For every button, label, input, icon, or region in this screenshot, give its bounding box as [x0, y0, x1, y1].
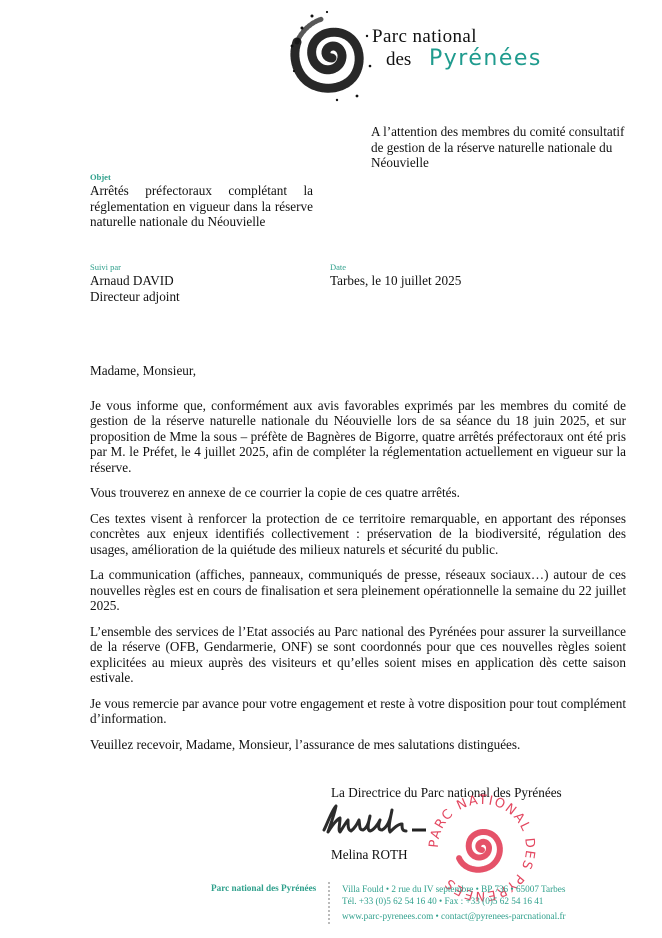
body-paragraph: Veuillez recevoir, Madame, Monsieur, l’a…	[90, 737, 626, 753]
footer-address-block: Villa Fould • 2 rue du IV septembre • BP…	[342, 883, 565, 907]
logo-title-line1: Parc national	[372, 26, 477, 48]
logo-title-brand: Pyrénées	[429, 46, 542, 71]
suivi-block: Arnaud DAVID Directeur adjoint	[90, 273, 180, 305]
logo-title-prefix: des	[386, 49, 411, 71]
body-paragraph: La communication (affiches, panneaux, co…	[90, 567, 626, 614]
signatory-name: Melina ROTH	[331, 847, 408, 863]
suivi-name: Arnaud DAVID	[90, 273, 180, 289]
handwritten-signature-icon	[318, 800, 428, 840]
footer-phone: Tél. +33 (0)5 62 54 16 40 • Fax : +33 (0…	[342, 895, 565, 907]
recipient-address: A l’attention des membres du comité cons…	[371, 124, 631, 171]
suivi-label: Suivi par	[90, 262, 121, 272]
objet-label: Objet	[90, 172, 111, 182]
body-paragraph: Je vous informe que, conformément aux av…	[90, 398, 626, 476]
body-paragraph: L’ensemble des services de l’Etat associ…	[90, 624, 626, 686]
body-paragraph: Vous trouverez en annexe de ce courrier …	[90, 485, 626, 501]
spiral-logo-icon	[282, 6, 382, 106]
footer-organization: Parc national des Pyrénées	[211, 883, 316, 893]
letter-body: Madame, Monsieur, Je vous informe que, c…	[90, 363, 626, 762]
date-label: Date	[330, 262, 346, 272]
greeting: Madame, Monsieur,	[90, 363, 626, 379]
objet-text: Arrêtés préfectoraux complétant la régle…	[90, 183, 313, 230]
footer-address: Villa Fould • 2 rue du IV septembre • BP…	[342, 883, 565, 895]
footer-separator	[328, 882, 330, 924]
body-paragraph: Ces textes visent à renforcer la protect…	[90, 511, 626, 558]
body-paragraph: Je vous remercie par avance pour votre e…	[90, 696, 626, 727]
suivi-role: Directeur adjoint	[90, 289, 180, 305]
date-text: Tarbes, le 10 juillet 2025	[330, 273, 461, 289]
footer-web-contact[interactable]: www.parc-pyrenees.com • contact@pyrenees…	[342, 911, 566, 921]
